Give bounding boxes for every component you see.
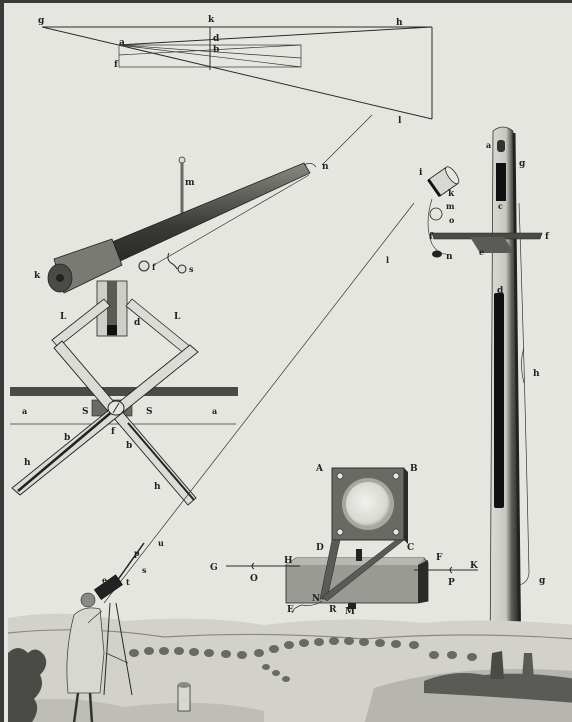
label-L1: L [60,312,67,322]
label-t: t [126,577,130,587]
label-n2: n [446,252,453,262]
label-d3: d [497,286,504,296]
label-L2: L [174,312,181,322]
label-l: l [398,116,402,126]
label-f3: f [111,427,116,437]
label-l2: l [386,255,389,265]
label-R: R [329,605,337,615]
label-m: m [185,178,195,188]
engraving-plate: g k h a d b f l k m n f s L [0,0,572,722]
label-u: u [158,538,164,548]
label-b: b [213,45,219,55]
label-k: k [208,15,215,25]
label-b2: b [126,441,132,451]
label-s: s [189,264,194,274]
label-d2: d [134,318,141,328]
label-b1: b [64,433,70,443]
label-h3: h [533,369,540,379]
label-B: B [410,464,418,474]
label-O: O [250,574,258,584]
label-P: P [448,578,455,588]
label-g3: g [539,576,546,586]
geometric-diagram: g k h a d b f l [38,15,432,126]
label-s2: s [142,565,147,575]
label-a: a [119,38,125,48]
label-N: N [312,594,320,604]
label-h: h [396,18,403,28]
label-n: n [322,162,329,172]
label-K: K [470,561,479,571]
label-h1: h [24,458,31,468]
label-E: E [287,605,294,615]
label-p: p [134,548,140,558]
label-M: M [345,607,355,617]
label-G: G [210,563,218,573]
kite-string [104,203,414,603]
label-a-right: a [212,406,217,416]
label-e3: e [102,575,107,585]
label-f2: f [152,262,156,272]
engraving-canvas: g k h a d b f l k m n f s L [4,3,572,722]
label-c: c [498,201,503,211]
label-F: F [436,553,443,563]
label-C: C [407,543,414,553]
label-A: A [315,464,324,474]
label-o: o [449,215,455,225]
label-d: d [213,34,220,44]
label-g2: g [519,159,526,169]
string-top [322,115,372,165]
label-g: g [38,16,45,26]
label-H: H [284,556,293,566]
label-f: f [114,60,119,70]
label-m2: m [446,201,455,211]
telescope-assembly: k m n f s L d L [34,157,329,336]
label-k3: k [448,189,455,199]
label-a-left: a [22,406,27,416]
label-f-right: f [545,232,550,242]
label-D: D [316,543,324,553]
label-i: i [419,168,423,178]
label-a3: a [486,140,491,150]
label-e2: e [479,247,484,257]
label-h2: h [154,482,161,492]
glass-frame-apparatus: A B C D G O H F K P N E R M [210,464,479,617]
label-k2: k [34,271,41,281]
label-S1: S [82,407,89,417]
label-S2: S [146,407,153,417]
